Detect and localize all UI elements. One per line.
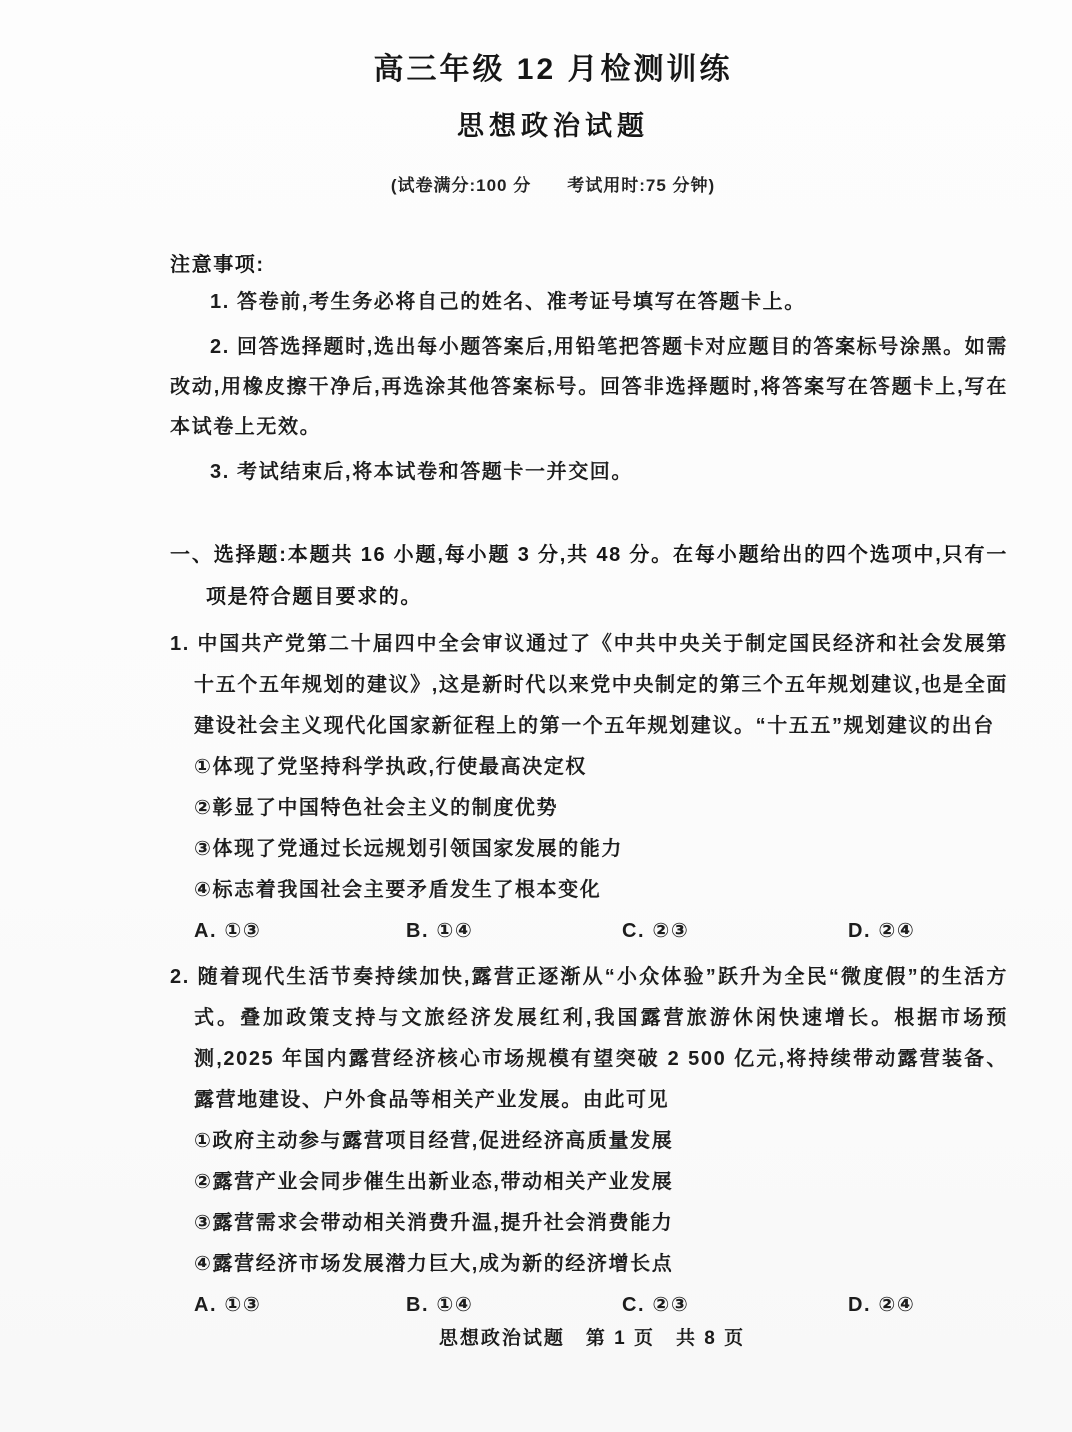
statement-line: ②彰显了中国特色社会主义的制度优势 <box>194 788 1008 829</box>
note-item-2: 2. 回答选择题时,选出每小题答案后,用铅笔把答题卡对应题目的答案标号涂黑。如需… <box>170 327 1008 447</box>
question-2: 2. 随着现代生活节奏持续加快,露营正逐渐从“小众体验”跃升为全民“微度假”的生… <box>170 957 1008 1325</box>
notes-heading: 注意事项: <box>170 248 1008 277</box>
question-2-text: 随着现代生活节奏持续加快,露营正逐渐从“小众体验”跃升为全民“微度假”的生活方式… <box>194 966 1008 1111</box>
question-2-statements: ①政府主动参与露营项目经营,促进经济高质量发展 ②露营产业会同步催生出新业态,带… <box>194 1121 1008 1285</box>
statement-line: ③体现了党通过长远规划引领国家发展的能力 <box>194 829 1008 870</box>
note-item-1: 1. 答卷前,考生务必将自己的姓名、准考证号填写在答题卡上。 <box>170 282 1008 322</box>
exam-meta: (试卷满分:100 分 考试用时:75 分钟) <box>34 171 1072 196</box>
question-2-number: 2. <box>170 966 190 988</box>
note-item-3: 3. 考试结束后,将本试卷和答题卡一并交回。 <box>170 452 1008 492</box>
choice-option-a: A. ①③ <box>194 1285 406 1325</box>
statement-line: ②露营产业会同步催生出新业态,带动相关产业发展 <box>194 1162 1008 1203</box>
question-2-choices: A. ①③ B. ①④ C. ②③ D. ②④ <box>194 1285 1008 1325</box>
choice-option-a: A. ①③ <box>194 911 406 951</box>
question-1-text: 中国共产党第二十届四中全会审议通过了《中共中央关于制定国民经济和社会发展第十五个… <box>194 633 1008 737</box>
question-1-choices: A. ①③ B. ①④ C. ②③ D. ②④ <box>194 911 1008 951</box>
choice-option-d: D. ②④ <box>848 911 1008 951</box>
choice-option-b: B. ①④ <box>406 1285 622 1325</box>
statement-line: ④标志着我国社会主要矛盾发生了根本变化 <box>194 870 1008 911</box>
question-1-stem: 1. 中国共产党第二十届四中全会审议通过了《中共中央关于制定国民经济和社会发展第… <box>170 624 1008 747</box>
paper-body: 注意事项: 1. 答卷前,考生务必将自己的姓名、准考证号填写在答题卡上。 2. … <box>170 248 1008 1325</box>
question-1-number: 1. <box>170 633 190 655</box>
choice-option-c: C. ②③ <box>622 1285 848 1325</box>
choice-option-b: B. ①④ <box>406 911 622 951</box>
page-subtitle: 思想政治试题 <box>34 104 1072 143</box>
statement-line: ③露营需求会带动相关消费升温,提升社会消费能力 <box>194 1203 1008 1244</box>
exam-paper-page: 高三年级 12 月检测训练 思想政治试题 (试卷满分:100 分 考试用时:75… <box>0 0 1072 1432</box>
choice-option-d: D. ②④ <box>848 1285 1008 1325</box>
question-2-stem: 2. 随着现代生活节奏持续加快,露营正逐渐从“小众体验”跃升为全民“微度假”的生… <box>170 957 1008 1121</box>
statement-line: ①政府主动参与露营项目经营,促进经济高质量发展 <box>194 1121 1008 1162</box>
question-1-statements: ①体现了党坚持科学执政,行使最高决定权 ②彰显了中国特色社会主义的制度优势 ③体… <box>194 747 1008 911</box>
question-1: 1. 中国共产党第二十届四中全会审议通过了《中共中央关于制定国民经济和社会发展第… <box>170 624 1008 951</box>
choice-option-c: C. ②③ <box>622 911 848 951</box>
paper-header: 高三年级 12 月检测训练 思想政治试题 (试卷满分:100 分 考试用时:75… <box>0 0 1072 196</box>
statement-line: ④露营经济市场发展潜力巨大,成为新的经济增长点 <box>194 1244 1008 1285</box>
page-footer: 思想政治试题 第 1 页 共 8 页 <box>0 1323 1072 1350</box>
statement-line: ①体现了党坚持科学执政,行使最高决定权 <box>194 747 1008 788</box>
section-heading: 一、选择题:本题共 16 小题,每小题 3 分,共 48 分。在每小题给出的四个… <box>170 534 1008 618</box>
page-title: 高三年级 12 月检测训练 <box>34 44 1072 88</box>
